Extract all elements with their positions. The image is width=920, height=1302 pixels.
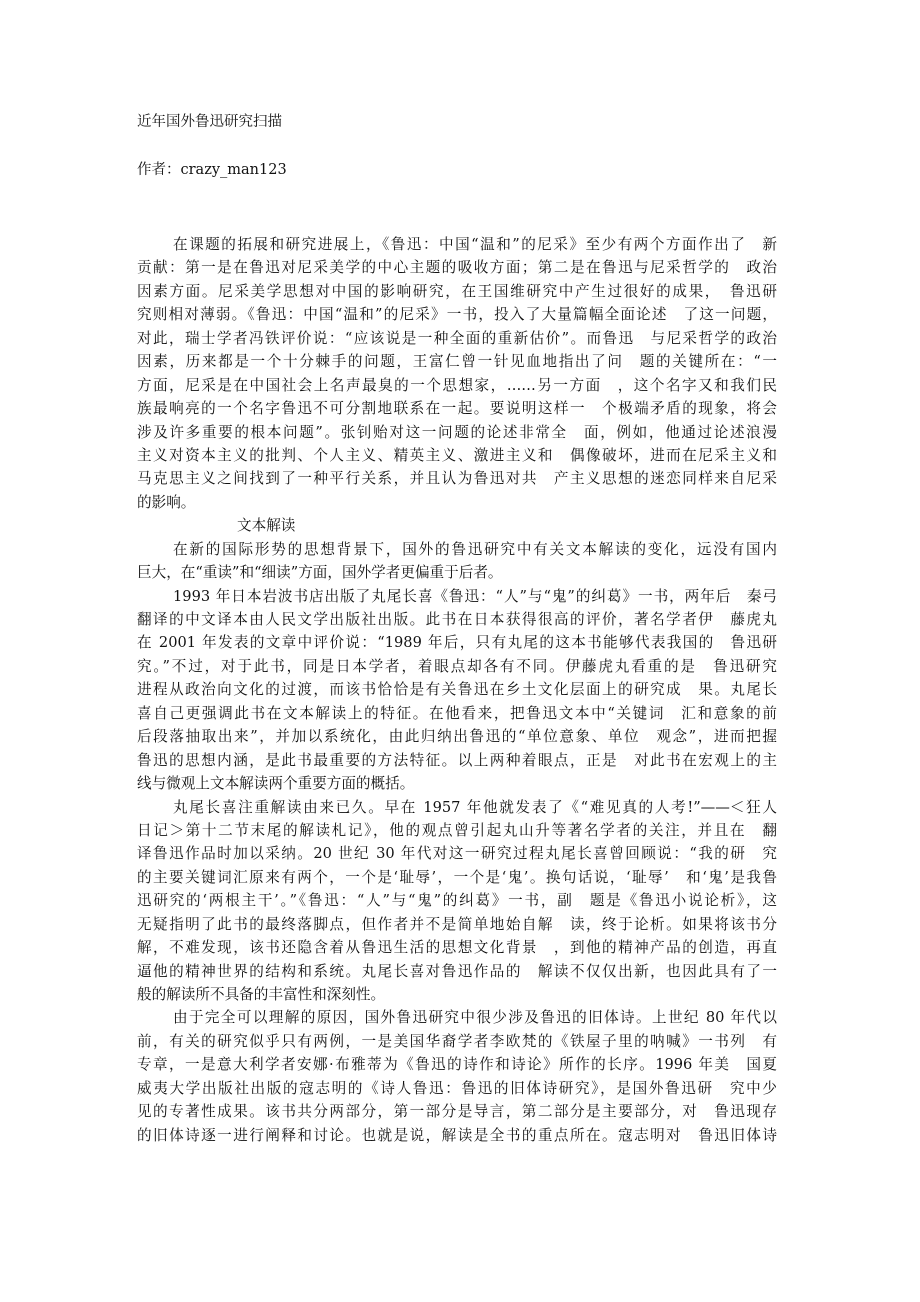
text-line: 迅研究的‘两根主干’。”《鲁迅：“人”与“鬼”的纠葛》一书，副 题是《鲁迅小说论…: [137, 889, 777, 912]
text-line: 贡献：第一是在鲁迅对尼采美学的中心主题的吸收方面；第二是在鲁迅与尼采哲学的 政治: [137, 256, 777, 279]
text-line: 究。”不过，对于此书，同是日本学者，着眼点却各有不同。伊藤虎丸看重的是 鲁迅研究: [137, 655, 777, 678]
text-line: 究则相对薄弱。《鲁迅：中国“温和”的尼采》一书，投入了大量篇幅全面论述 了这一问…: [137, 303, 777, 326]
text-line: 方面，尼采是在中国社会上名声最臭的一个思想家，……另一方面 ，这个名字又和我们民: [137, 374, 777, 397]
text-line: 鲁迅的思想内涵，是此书最重要的方法特征。以上两种着眼点，正是 对此书在宏观上的主: [137, 749, 777, 772]
text-line: 1993 年日本岩波书店出版了丸尾长喜《鲁迅：“人”与“鬼”的纠葛》一书，两年后…: [137, 585, 777, 608]
text-line: 解，不难发现，该书还隐含着从鲁迅生活的思想文化背景 ，到他的精神产品的创造，再直: [137, 936, 777, 959]
paragraph-maruo-1993: 1993 年日本岩波书店出版了丸尾长喜《鲁迅：“人”与“鬼”的纠葛》一书，两年后…: [137, 585, 777, 796]
text-line: 专章，一是意大利学者安娜·布雅蒂为《鲁迅的诗作和诗论》所作的长序。1996 年美…: [137, 1053, 777, 1076]
text-line: 喜自己更强调此书在文本解读上的特征。在他看来，把鲁迅文本中“关键词 汇和意象的前: [137, 702, 777, 725]
text-line: 丸尾长喜注重解读由来已久。早在 1957 年他就发表了《“难见真的人考!”——＜…: [137, 796, 777, 819]
paragraph-text-reading-intro: 在新的国际形势的思想背景下，国外的鲁迅研究中有关文本解读的变化，远没有国内 巨大…: [137, 538, 777, 585]
text-line: 对此，瑞士学者冯铁评价说：“应该说是一种全面的重新估价”。而鲁迅 与尼采哲学的政…: [137, 327, 777, 350]
text-line: 的旧体诗逐一进行阐释和讨论。也就是说，解读是全书的重点所在。寇志明对 鲁迅旧体诗: [137, 1124, 777, 1147]
paragraph-maruo-reading: 丸尾长喜注重解读由来已久。早在 1957 年他就发表了《“难见真的人考!”——＜…: [137, 796, 777, 1007]
text-line: 般的解读所不具备的丰富性和深刻性。: [137, 983, 777, 1006]
text-line: 由于完全可以理解的原因，国外鲁迅研究中很少涉及鲁迅的旧体诗。上世纪 80 年代以: [137, 1006, 777, 1029]
text-line: 因素方面。尼采美学思想对中国的影响研究，在王国维研究中产生过很好的成果， 鲁迅研: [137, 280, 777, 303]
text-line: 后段落抽取出来”，并加以系统化，由此归纳出鲁迅的“单位意象、单位 观念”，进而把…: [137, 725, 777, 748]
text-line: 前，有关的研究似乎只有两例，一是美国华裔学者李欧梵的《铁屋子里的呐喊》一书列 有: [137, 1030, 777, 1053]
text-line: 线与微观上文本解读两个重要方面的概括。: [137, 772, 777, 795]
text-line: 的主要关键词汇原来有两个，一个是‘耻辱’，一个是‘鬼’。换句话说，‘耻辱’ 和‘…: [137, 866, 777, 889]
document-page: 近年国外鲁迅研究扫描 作者：crazy_man123 在课题的拓展和研究进展上，…: [0, 0, 920, 1302]
text-line: 族最响亮的一个名字鲁迅不可分割地联系在一起。要说明这样一 个极端矛盾的现象，将会: [137, 397, 777, 420]
text-line: 译鲁迅作品时加以采纳。20 世纪 30 年代对这一研究过程丸尾长喜曾回顾说：“我…: [137, 842, 777, 865]
text-line: 见的专著性成果。该书共分两部分，第一部分是导言，第二部分是主要部分，对 鲁迅现存: [137, 1100, 777, 1123]
text-line: 因素，历来都是一个十分棘手的问题，王富仁曾一针见血地指出了问 题的关键所在：“一: [137, 350, 777, 373]
text-line: 无疑指明了此书的最终落脚点，但作者并不是简单地始自解 读，终于论析。如果将该书分: [137, 913, 777, 936]
section-heading: 文本解读: [137, 514, 777, 537]
author-line: 作者：crazy_man123: [137, 160, 287, 180]
text-line: 在 2001 年发表的文章中评价说：“1989 年后，只有丸尾的这本书能够代表我…: [137, 631, 777, 654]
text-line: 在新的国际形势的思想背景下，国外的鲁迅研究中有关文本解读的变化，远没有国内: [137, 538, 777, 561]
document-body: 在课题的拓展和研究进展上，《鲁迅：中国“温和”的尼采》至少有两个方面作出了 新 …: [137, 233, 777, 1147]
text-line: 涉及许多重要的根本问题”。张钊贻对这一问题的论述非常全 面，例如，他通过论述浪漫: [137, 421, 777, 444]
paragraph-classical-poetry: 由于完全可以理解的原因，国外鲁迅研究中很少涉及鲁迅的旧体诗。上世纪 80 年代以…: [137, 1006, 777, 1147]
text-line: 威夷大学出版社出版的寇志明的《诗人鲁迅：鲁迅的旧体诗研究》，是国外鲁迅研 究中少: [137, 1077, 777, 1100]
text-line: 逼他的精神世界的结构和系统。丸尾长喜对鲁迅作品的 解读不仅仅出新，也因此具有了一: [137, 960, 777, 983]
text-line: 进程从政治向文化的过渡，而该书恰恰是有关鲁迅在乡土文化层面上的研究成 果。丸尾长: [137, 678, 777, 701]
text-line: 主义对资本主义的批判、个人主义、精英主义、激进主义和 偶像破坏，进而在尼采主义和: [137, 444, 777, 467]
paragraph-nietzsche: 在课题的拓展和研究进展上，《鲁迅：中国“温和”的尼采》至少有两个方面作出了 新 …: [137, 233, 777, 514]
document-title: 近年国外鲁迅研究扫描: [137, 112, 282, 132]
text-line: 翻译的中文译本由人民文学出版社出版。此书在日本获得很高的评价，著名学者伊 藤虎丸: [137, 608, 777, 631]
text-line: 日记＞第十二节末尾的解读札记》，他的观点曾引起丸山升等著名学者的关注，并且在 翻: [137, 819, 777, 842]
text-line: 巨大，在“重读”和“细读”方面，国外学者更偏重于后者。: [137, 561, 777, 584]
text-line: 在课题的拓展和研究进展上，《鲁迅：中国“温和”的尼采》至少有两个方面作出了 新: [137, 233, 777, 256]
text-line: 的影响。: [137, 491, 777, 514]
text-line: 马克思主义之间找到了一种平行关系，并且认为鲁迅对共 产主义思想的迷恋同样来自尼采: [137, 467, 777, 490]
